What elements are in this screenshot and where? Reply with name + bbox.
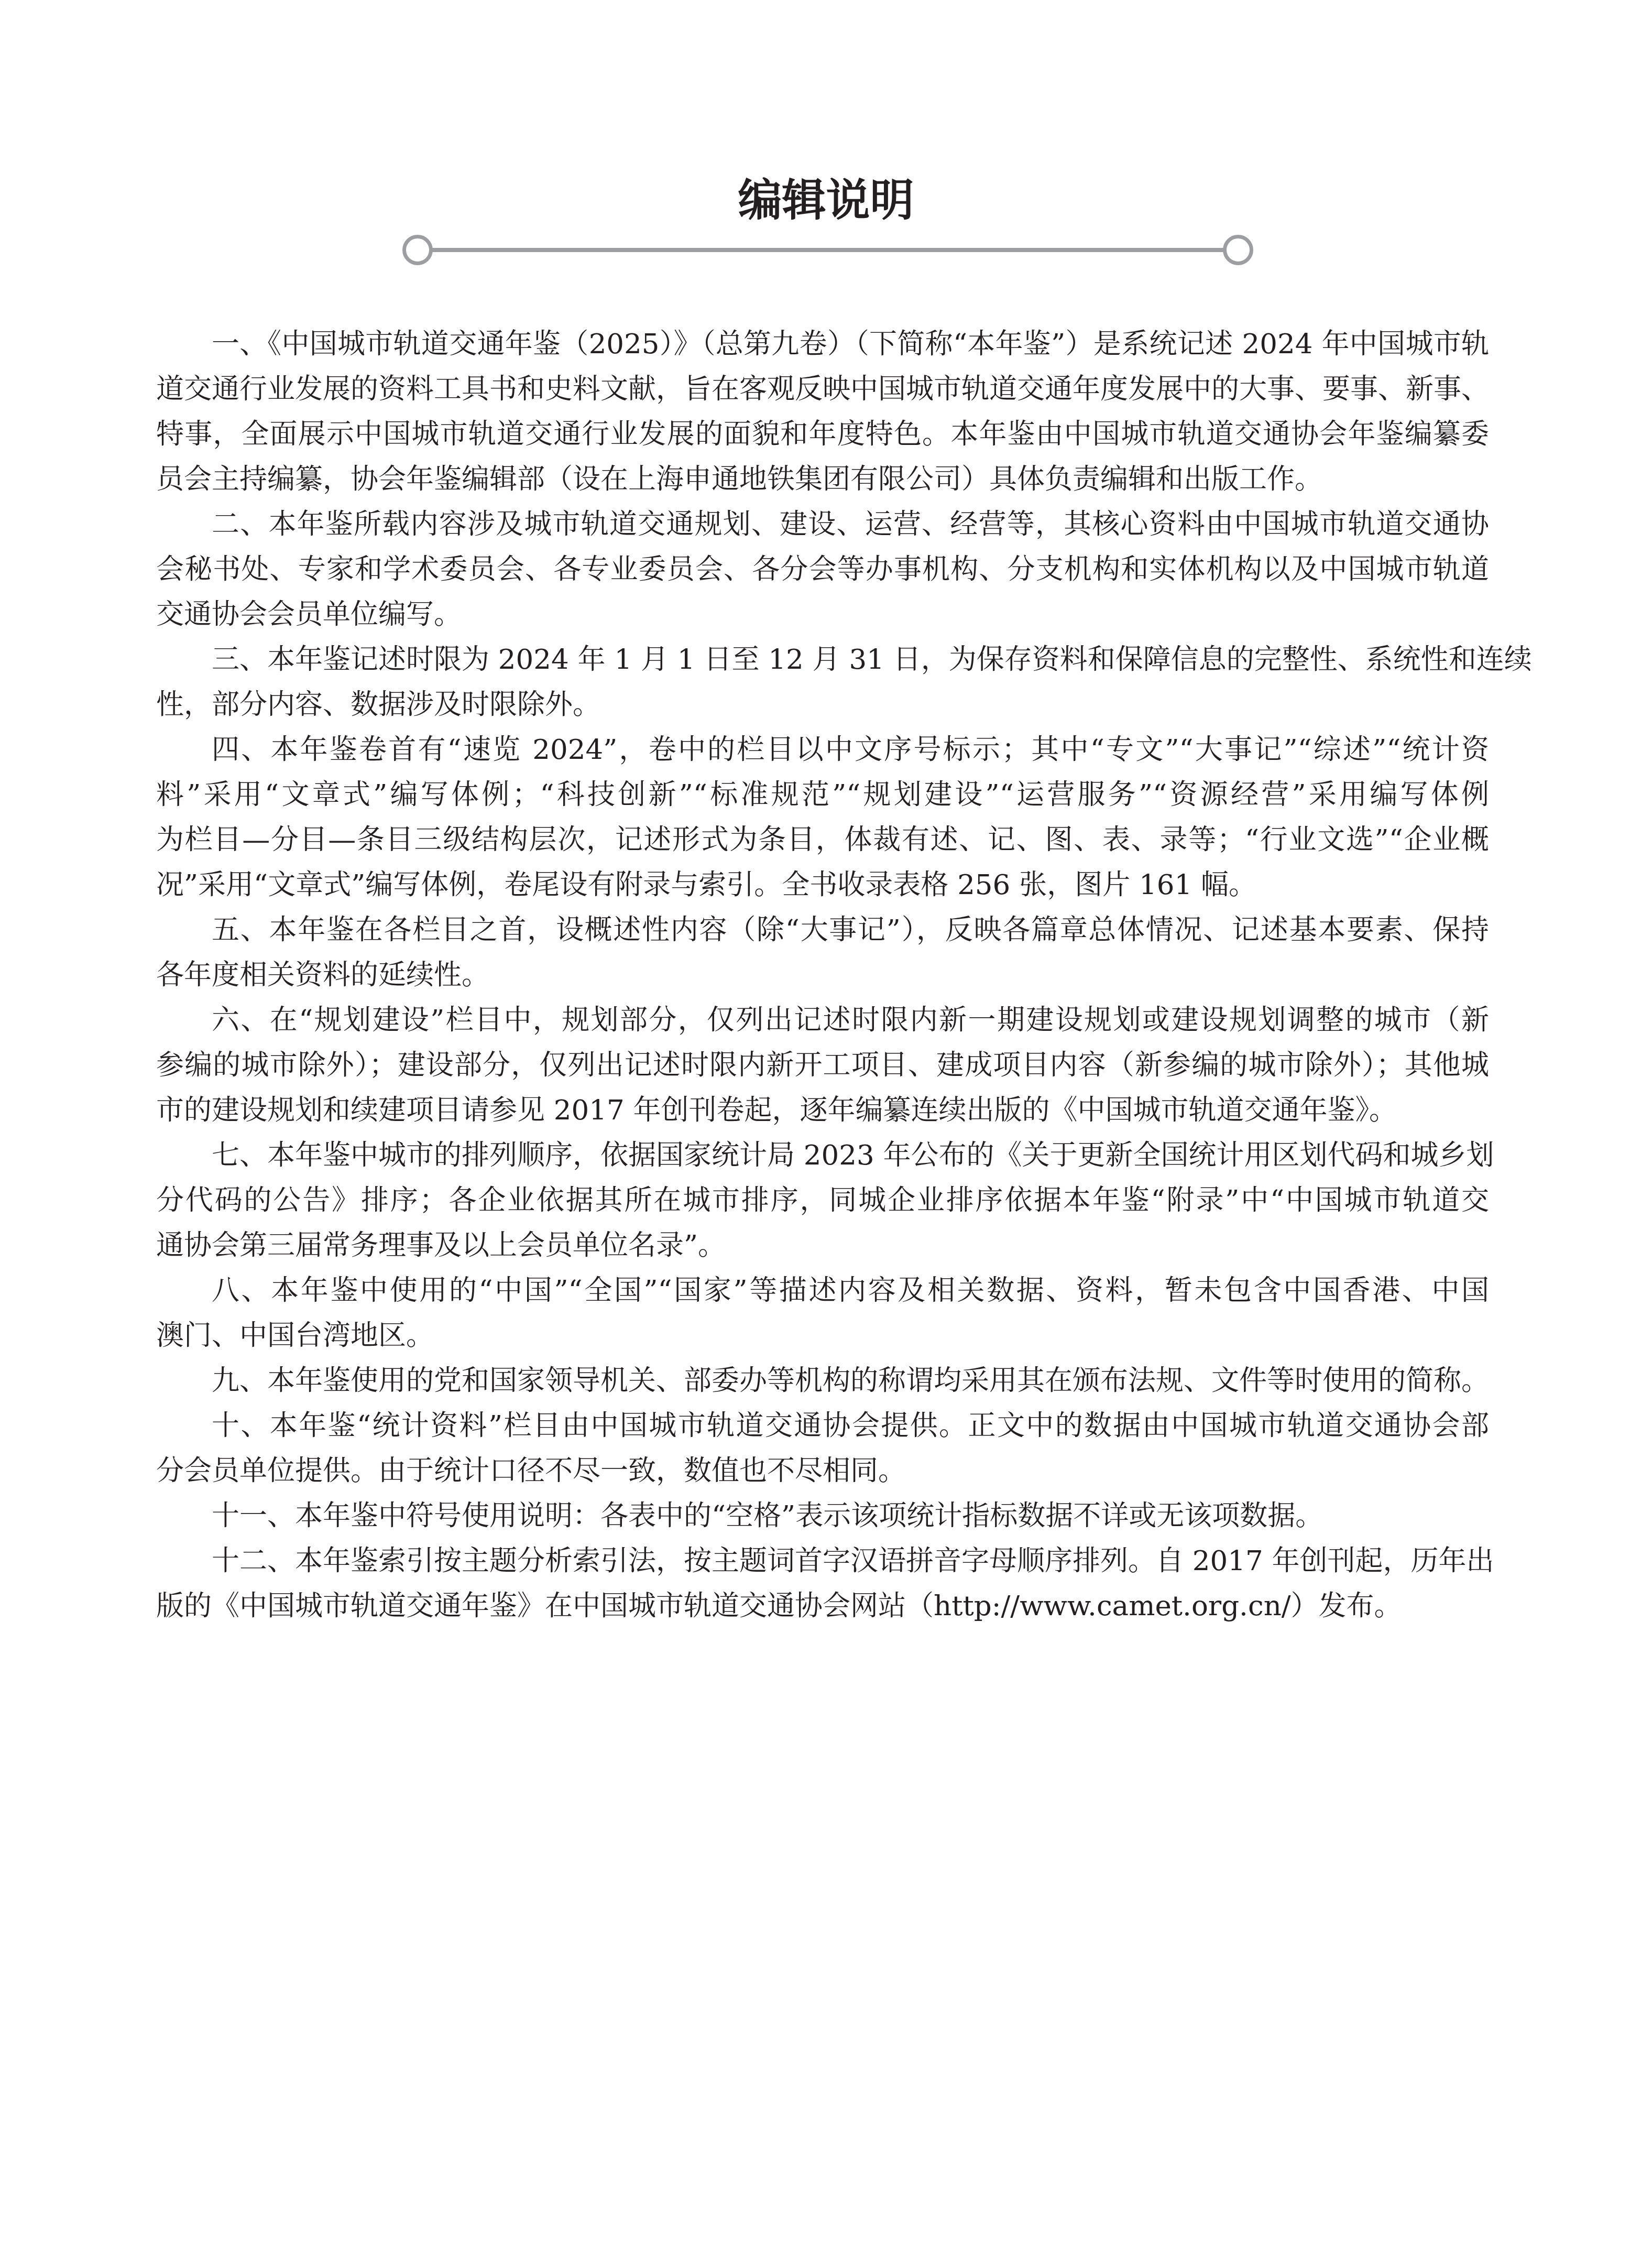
- paragraph-7: 七、本年鉴中城市的排列顺序，依据国家统计局 2023 年公布的《关于更新全国统计…: [156, 1133, 1489, 1268]
- paragraph-12: 十二、本年鉴索引按主题分析索引法，按主题词首字汉语拼音字母顺序排列。自 2017…: [156, 1539, 1489, 1629]
- paragraph-line: 交通协会会员单位编写。: [156, 592, 1489, 637]
- paragraph-9: 九、本年鉴使用的党和国家领导机关、部委办等机构的称谓均采用其在颁布法规、文件等时…: [156, 1358, 1489, 1403]
- paragraph-line: 一、《中国城市轨道交通年鉴（2025）》（总第九卷）（下简称“本年鉴”）是系统记…: [156, 322, 1489, 367]
- paragraph-line: 道交通行业发展的资料工具书和史料文献，旨在客观反映中国城市轨道交通年度发展中的大…: [156, 367, 1489, 412]
- paragraph-line: 特事，全面展示中国城市轨道交通行业发展的面貌和年度特色。本年鉴由中国城市轨道交通…: [156, 412, 1489, 457]
- paragraph-line: 市的建设规划和续建项目请参见 2017 年创刊卷起，逐年编纂连续出版的《中国城市…: [156, 1088, 1489, 1133]
- paragraph-4: 四、本年鉴卷首有“速览 2024”，卷中的栏目以中文序号标示；其中“专文”“大事…: [156, 727, 1489, 908]
- paragraph-line: 八、本年鉴中使用的“中国”“全国”“国家”等描述内容及相关数据、资料，暂未包含中…: [156, 1268, 1489, 1313]
- paragraph-11: 十一、本年鉴中符号使用说明：各表中的“空格”表示该项统计指标数据不详或无该项数据…: [156, 1494, 1489, 1539]
- paragraph-3: 三、本年鉴记述时限为 2024 年 1 月 1 日至 12 月 31 日，为保存…: [156, 637, 1489, 727]
- circle-cap-right-icon: [1223, 235, 1253, 265]
- paragraph-line: 分会员单位提供。由于统计口径不尽一致，数值也不尽相同。: [156, 1449, 1489, 1494]
- paragraph-line: 二、本年鉴所载内容涉及城市轨道交通规划、建设、运营、经营等，其核心资料由中国城市…: [156, 502, 1489, 547]
- paragraph-line: 九、本年鉴使用的党和国家领导机关、部委办等机构的称谓均采用其在颁布法规、文件等时…: [156, 1358, 1489, 1403]
- paragraph-2: 二、本年鉴所载内容涉及城市轨道交通规划、建设、运营、经营等，其核心资料由中国城市…: [156, 502, 1489, 637]
- editorial-notes-body: 一、《中国城市轨道交通年鉴（2025）》（总第九卷）（下简称“本年鉴”）是系统记…: [156, 322, 1489, 1629]
- title-divider-ornament: [402, 235, 1253, 265]
- paragraph-line: 为栏目—分目—条目三级结构层次，记述形式为条目，体裁有述、记、图、表、录等；“行…: [156, 818, 1489, 863]
- paragraph-10: 十、本年鉴“统计资料”栏目由中国城市轨道交通协会提供。正文中的数据由中国城市轨道…: [156, 1403, 1489, 1494]
- paragraph-1: 一、《中国城市轨道交通年鉴（2025）》（总第九卷）（下简称“本年鉴”）是系统记…: [156, 322, 1489, 502]
- paragraph-line: 参编的城市除外）；建设部分，仅列出记述时限内新开工项目、建成项目内容（新参编的城…: [156, 1043, 1489, 1088]
- paragraph-line: 况”采用“文章式”编写体例，卷尾设有附录与索引。全书收录表格 256 张，图片 …: [156, 863, 1489, 908]
- paragraph-line: 会秘书处、专家和学术委员会、各专业委员会、各分会等办事机构、分支机构和实体机构以…: [156, 547, 1489, 592]
- paragraph-line: 六、在“规划建设”栏目中，规划部分，仅列出记述时限内新一期建设规划或建设规划调整…: [156, 998, 1489, 1043]
- paragraph-line: 七、本年鉴中城市的排列顺序，依据国家统计局 2023 年公布的《关于更新全国统计…: [156, 1133, 1489, 1178]
- paragraph-line: 料”采用“文章式”编写体例；“科技创新”“标准规范”“规划建设”“运营服务”“资…: [156, 772, 1489, 818]
- paragraph-line: 十一、本年鉴中符号使用说明：各表中的“空格”表示该项统计指标数据不详或无该项数据…: [156, 1494, 1489, 1539]
- paragraph-line: 十、本年鉴“统计资料”栏目由中国城市轨道交通协会提供。正文中的数据由中国城市轨道…: [156, 1403, 1489, 1449]
- paragraph-line: 性，部分内容、数据涉及时限除外。: [156, 682, 1489, 727]
- paragraph-line: 澳门、中国台湾地区。: [156, 1313, 1489, 1358]
- paragraph-5: 五、本年鉴在各栏目之首，设概述性内容（除“大事记”），反映各篇章总体情况、记述基…: [156, 908, 1489, 998]
- paragraph-line: 各年度相关资料的延续性。: [156, 953, 1489, 998]
- paragraph-8: 八、本年鉴中使用的“中国”“全国”“国家”等描述内容及相关数据、资料，暂未包含中…: [156, 1268, 1489, 1358]
- document-page: 编辑说明 一、《中国城市轨道交通年鉴（2025）》（总第九卷）（下简称“本年鉴”…: [0, 0, 1652, 2253]
- divider-rule: [431, 248, 1225, 252]
- paragraph-line: 员会主持编纂，协会年鉴编辑部（设在上海申通地铁集团有限公司）具体负责编辑和出版工…: [156, 457, 1489, 502]
- paragraph-line: 三、本年鉴记述时限为 2024 年 1 月 1 日至 12 月 31 日，为保存…: [156, 637, 1489, 682]
- paragraph-line: 通协会第三届常务理事及以上会员单位名录”。: [156, 1223, 1489, 1268]
- page-title: 编辑说明: [0, 169, 1652, 232]
- paragraph-line: 版的《中国城市轨道交通年鉴》在中国城市轨道交通协会网站（http://www.c…: [156, 1584, 1489, 1629]
- paragraph-line: 四、本年鉴卷首有“速览 2024”，卷中的栏目以中文序号标示；其中“专文”“大事…: [156, 727, 1489, 772]
- paragraph-line: 分代码的公告》排序；各企业依据其所在城市排序，同城企业排序依据本年鉴“附录”中“…: [156, 1178, 1489, 1223]
- paragraph-line: 十二、本年鉴索引按主题分析索引法，按主题词首字汉语拼音字母顺序排列。自 2017…: [156, 1539, 1489, 1584]
- paragraph-line: 五、本年鉴在各栏目之首，设概述性内容（除“大事记”），反映各篇章总体情况、记述基…: [156, 908, 1489, 953]
- circle-cap-left-icon: [402, 235, 433, 265]
- paragraph-6: 六、在“规划建设”栏目中，规划部分，仅列出记述时限内新一期建设规划或建设规划调整…: [156, 998, 1489, 1133]
